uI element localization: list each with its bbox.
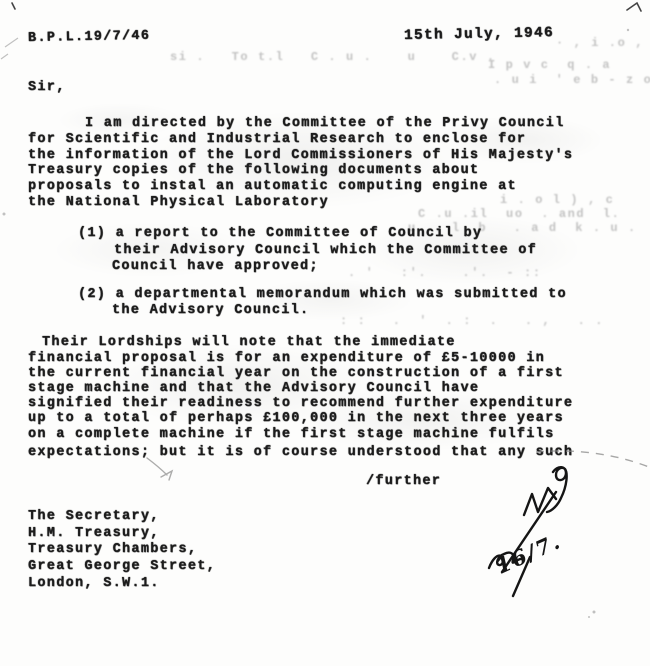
para1-line: I am directed by the Committee of the Pr… [85, 117, 564, 131]
bleedthrough-text: . u i ' e b - z o .. [494, 73, 650, 87]
letter-date: 15th July, 1946 [404, 26, 554, 43]
para2-line: signified their readiness to recommend f… [28, 397, 573, 411]
para2-line: expectations; but it is of course unders… [28, 446, 573, 460]
bleedthrough-text: C .u .il uo . and l. [418, 207, 620, 221]
bleedthrough-text: · , i .o , [556, 36, 644, 50]
para2-line: on a complete machine if the first stage… [28, 428, 554, 442]
para1-line: proposals to instal an automatic computi… [28, 180, 517, 194]
bleedthrough-text: i . o l ) , c [500, 193, 614, 207]
address-line: The Secretary, [28, 510, 160, 524]
reference-number: B.P.L.19/7/46 [28, 30, 150, 46]
item2-line: (2) a departmental memorandum which was … [78, 288, 567, 302]
address-line: Treasury Chambers, [28, 543, 197, 557]
address-line: London, S.W.1. [28, 577, 160, 591]
bleedthrough-text: si . To t.l C . u . u C.v . [170, 50, 496, 64]
pencil-tick [147, 458, 172, 480]
para1-line: Treasury copies of the following documen… [28, 164, 479, 178]
bleedthrough-text: I p v c q . a [488, 58, 611, 72]
bleedthrough-text: : : . ' . : . . , . . [340, 314, 604, 328]
address-line: Great George Street, [28, 560, 216, 574]
salutation: Sir, [28, 81, 66, 95]
para2-line: Their Lordships will note that the immed… [42, 336, 456, 350]
para1-line: for Scientific and Industrial Research t… [28, 133, 526, 147]
scanned-letter-page: B.P.L.19/7/46 15th July, 1946 si . To t.… [0, 0, 650, 666]
item2-line: the Advisory Council. [112, 304, 309, 318]
continuation-marker: /further [366, 475, 441, 489]
corner-mark [12, 3, 641, 11]
bleedthrough-text: . ' :'. .'. - :: [348, 266, 542, 280]
address-line: H.M. Treasury, [28, 527, 160, 541]
para2-line: the current financial year on the constr… [28, 367, 564, 381]
para1-line: the information of the Lord Commissioner… [28, 149, 573, 163]
para2-line: stage machine and that the Advisory Coun… [28, 382, 479, 396]
para2-line: financial proposal is for an expenditure… [28, 352, 545, 366]
handwritten-date: 16/7. [492, 528, 565, 579]
item1-line: their Advisory Council which the Committ… [114, 244, 537, 258]
para1-line: the National Physical Laboratory [28, 196, 329, 210]
item1-line: Council have approved; [112, 260, 319, 274]
para2-line: up to a total of perhaps £100,000 in the… [28, 412, 564, 426]
item1-line: (1) a report to the Committee of Council… [78, 227, 482, 241]
